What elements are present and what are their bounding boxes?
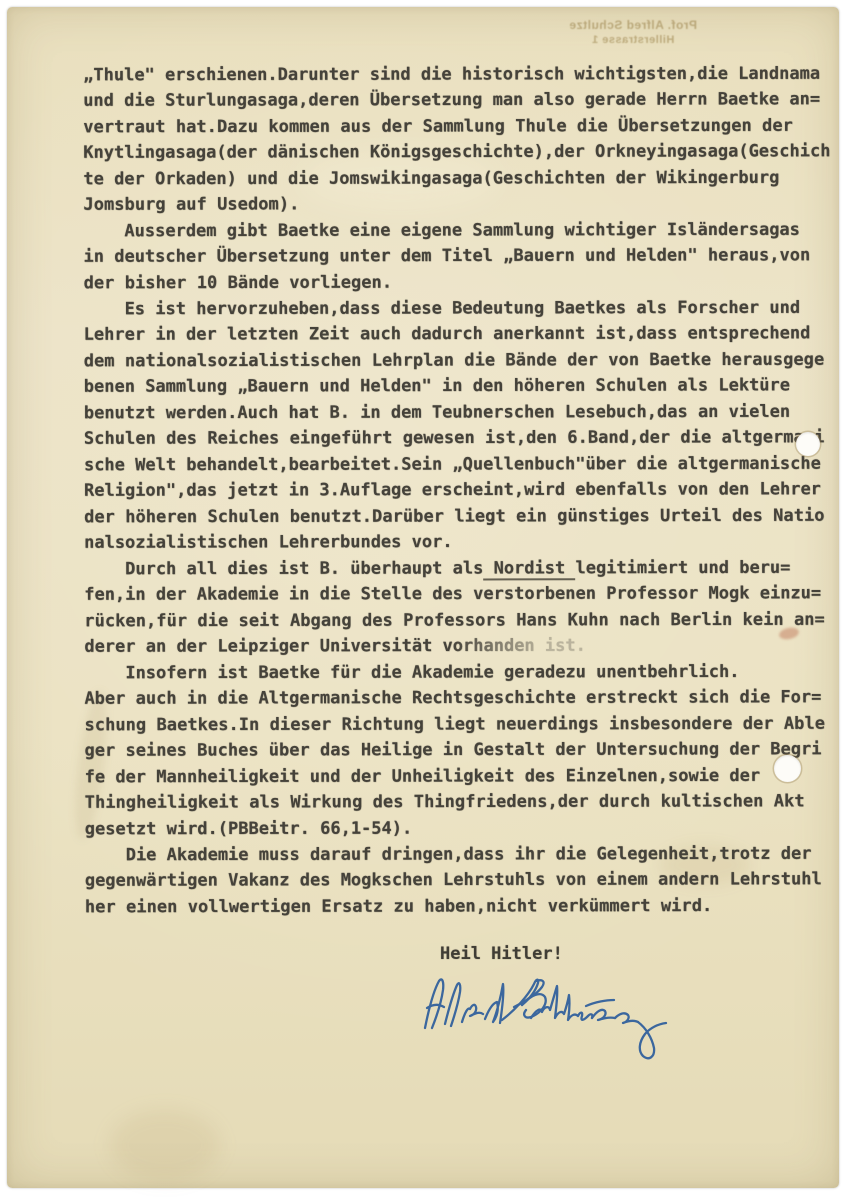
typed-line: Aber auch in die Altgermanische Rechtsge… — [84, 684, 849, 712]
typed-line: fe der Mannheiligkeit und der Unheiligke… — [85, 763, 849, 791]
typed-line: Jomsburg auf Usedom). — [83, 190, 848, 218]
typed-line: Es ist hervorzuheben,dass diese Bedeutun… — [84, 295, 849, 323]
typed-line: der höheren Schulen benutzt.Darüber lieg… — [84, 503, 849, 531]
typed-line: nalsozialistischen Lehrerbundes vor. — [84, 528, 849, 556]
typed-line: Durch all dies ist B. überhaupt als Nord… — [84, 555, 849, 583]
typed-line: derer an der Leipziger Universität vorha… — [84, 632, 849, 660]
bleedthrough-letterhead: Prof. Alfred Schultze Hillerstrasse 1 — [548, 18, 718, 48]
typed-line: Religion",das jetzt in 3.Auflage erschei… — [84, 476, 849, 504]
typed-line: Die Akademie muss darauf dringen,dass ih… — [85, 841, 849, 869]
paragraph: Insofern ist Baetke für die Akademie ger… — [84, 658, 849, 842]
typed-line: gesetzt wird.(PBBeitr. 66,1-54). — [85, 815, 849, 843]
bleedthrough-line: Prof. Alfred Schultze — [548, 18, 718, 33]
typed-line: gegenwärtigen Vakanz des Mogkschen Lehrs… — [85, 866, 849, 894]
typed-line: rücken,für die seit Abgang des Professor… — [84, 607, 849, 635]
typed-line: Lehrer in der letzten Zeit auch dadurch … — [84, 320, 849, 348]
typed-line: Knytlingasaga(der dänischen Königsgeschi… — [83, 138, 848, 166]
typed-line: in deutscher Übersetzung unter dem Titel… — [83, 242, 848, 270]
typed-line: und die Sturlungasaga,deren Übersetzung … — [83, 86, 848, 114]
punch-hole — [796, 432, 820, 456]
paragraph: „Thule" erschienen.Darunter sind die his… — [83, 60, 848, 218]
typed-line: Thingheiligkeit als Wirkung des Thingfri… — [85, 788, 849, 816]
typed-line: vertraut hat.Dazu kommen aus der Sammlun… — [83, 113, 848, 141]
typed-line: her einen vollwertigen Ersatz zu haben,n… — [85, 893, 849, 921]
signature — [418, 966, 678, 1071]
typed-line: Schulen des Reiches eingeführt gewesen i… — [84, 424, 849, 452]
paragraph: Es ist hervorzuheben,dass diese Bedeutun… — [84, 294, 849, 556]
bleedthrough-line: Hillerstrasse 1 — [548, 33, 718, 48]
typed-line: schung Baetkes.In dieser Richtung liegt … — [84, 711, 849, 739]
paragraph: Durch all dies ist B. überhaupt als Nord… — [84, 554, 849, 660]
typed-line: „Thule" erschienen.Darunter sind die his… — [83, 61, 848, 89]
typed-line: benen Sammlung „Bauern und Helden" in de… — [84, 372, 849, 400]
typed-line: fen,in der Akademie in die Stelle des ve… — [84, 580, 849, 608]
typed-body: „Thule" erschienen.Darunter sind die his… — [83, 60, 849, 920]
typed-line: te der Orkaden) und die Jomswikingasaga(… — [83, 165, 848, 193]
typed-line: ger seines Buches über das Heilige in Ge… — [85, 736, 849, 764]
typed-line: dem nationalsozialistischen Lehrplan die… — [84, 347, 849, 375]
punch-hole — [774, 755, 801, 782]
closing-line: Heil Hitler! — [440, 941, 563, 967]
paragraph: Ausserdem gibt Baetke eine eigene Sammlu… — [83, 216, 848, 296]
paragraph: Die Akademie muss darauf dringen,dass ih… — [85, 840, 849, 920]
typed-line: benutzt werden.Auch hat B. in dem Teubne… — [84, 399, 849, 427]
typed-line: sche Welt behandelt,bearbeitet.Sein „Que… — [84, 451, 849, 479]
underlined-word: Nordist — [483, 558, 575, 580]
typed-line: der bisher 10 Bände vorliegen. — [84, 269, 849, 297]
typed-line: Ausserdem gibt Baetke eine eigene Sammlu… — [83, 217, 848, 245]
typed-line: Insofern ist Baetke für die Akademie ger… — [84, 659, 849, 687]
